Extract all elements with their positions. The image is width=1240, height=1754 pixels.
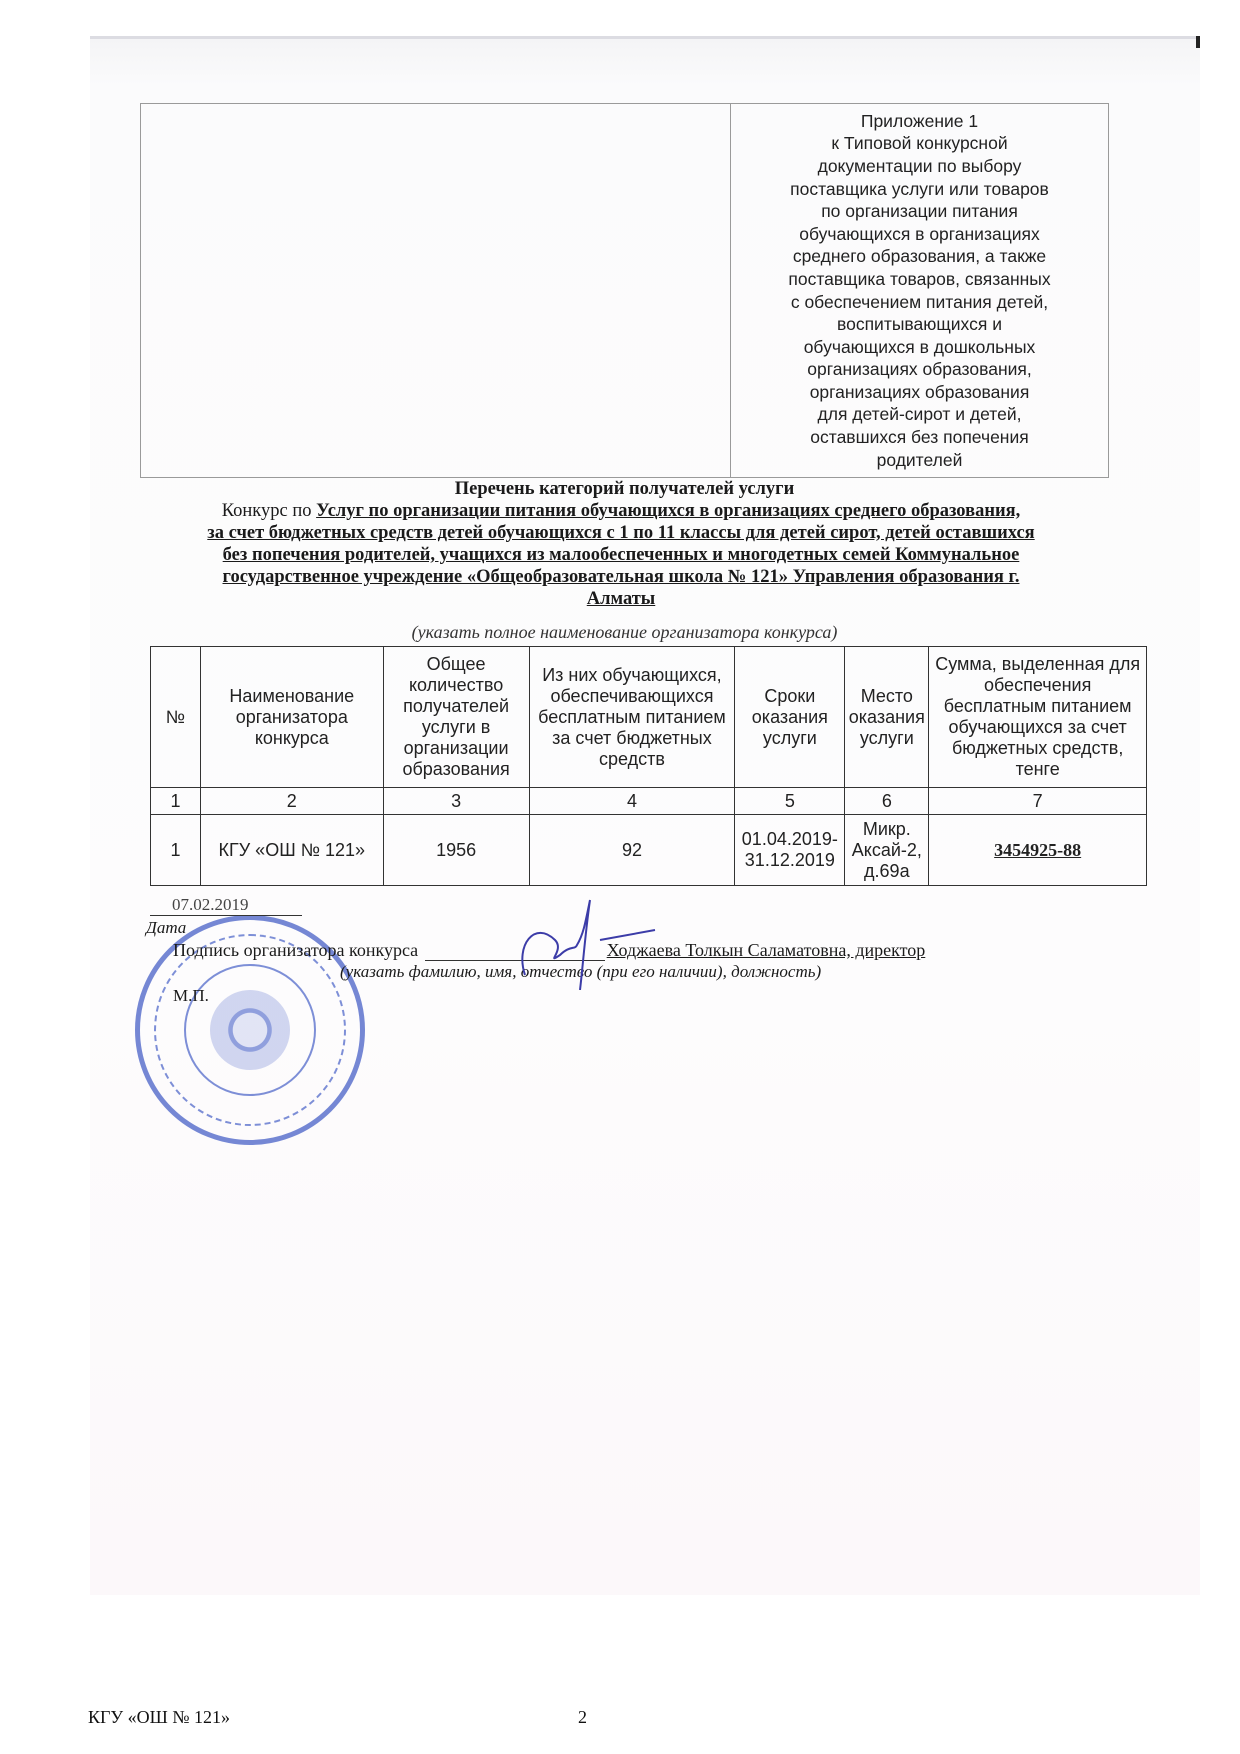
recipients-table: № Наименование организатора конкурса Общ…	[150, 646, 1147, 886]
appendix-line: организациях образования,	[807, 358, 1031, 381]
seal-label: М.П.	[173, 986, 209, 1006]
appendix-line: воспитывающихся и	[837, 313, 1002, 336]
table-row: 1 КГУ «ОШ № 121» 1956 92 01.04.2019-31.1…	[151, 815, 1147, 886]
appendix-line: поставщика товаров, связанных	[788, 268, 1050, 291]
column-number: 1	[151, 788, 201, 815]
cell-free-meal-students: 92	[529, 815, 735, 886]
column-number: 4	[529, 788, 735, 815]
organizer-hint: (указать полное наименование организатор…	[140, 622, 1109, 643]
contest-line: за счет бюджетных средств детей обучающи…	[126, 522, 1116, 544]
cell-period: 01.04.2019-31.12.2019	[735, 815, 845, 886]
page-number: 2	[578, 1707, 587, 1728]
column-number-row: 1 2 3 4 5 6 7	[151, 788, 1147, 815]
cell-amount: 3454925-88	[929, 815, 1147, 886]
appendix-line: к Типовой конкурсной	[831, 132, 1007, 155]
column-number: 5	[735, 788, 845, 815]
amount-value: 3454925-88	[994, 840, 1081, 860]
appendix-text: Приложение 1 к Типовой конкурсной докуме…	[731, 104, 1108, 477]
document-title: Перечень категорий получателей услуги	[140, 479, 1109, 500]
date-value: 07.02.2019	[150, 895, 302, 916]
header-amount: Сумма, выделенная для обеспечения беспла…	[929, 647, 1147, 788]
appendix-line: родителей	[877, 449, 963, 472]
header-total-recipients: Общее количество получателей услуги в ор…	[383, 647, 529, 788]
contest-line: без попечения родителей, учащихся из мал…	[126, 544, 1116, 566]
contest-prefix: Конкурс по	[222, 501, 312, 521]
footer-organization: КГУ «ОШ № 121»	[88, 1707, 230, 1728]
appendix-line: обучающихся в организациях	[799, 223, 1040, 246]
header-number: №	[151, 647, 201, 788]
appendix-line: обучающихся в дошкольных	[804, 336, 1036, 359]
cell-total-recipients: 1956	[383, 815, 529, 886]
appendix-line: Приложение 1	[861, 110, 978, 133]
scan-edge-mark	[1196, 36, 1200, 48]
header-organizer: Наименование организатора конкурса	[200, 647, 383, 788]
appendix-box: Приложение 1 к Типовой конкурсной докуме…	[140, 103, 1109, 478]
appendix-line: среднего образования, а также	[793, 245, 1046, 268]
contest-line: Услуг по организации питания обучающихся…	[316, 501, 1020, 521]
table-header-row: № Наименование организатора конкурса Общ…	[151, 647, 1147, 788]
appendix-line: поставщика услуги или товаров	[790, 178, 1049, 201]
cell-number: 1	[151, 815, 201, 886]
cell-organizer: КГУ «ОШ № 121»	[200, 815, 383, 886]
handwritten-signature-icon	[505, 895, 665, 990]
appendix-line: организациях образования	[810, 381, 1030, 404]
appendix-line: по организации питания	[821, 200, 1018, 223]
appendix-line: оставшихся без попечения	[810, 426, 1028, 449]
appendix-line: документации по выбору	[818, 155, 1022, 178]
cell-place: Микр. Аксай-2, д.69а	[845, 815, 929, 886]
contest-line: Алматы	[126, 588, 1116, 610]
header-period: Сроки оказания услуги	[735, 647, 845, 788]
column-number: 3	[383, 788, 529, 815]
signature-label: Подпись организатора конкурса	[173, 940, 418, 960]
state-emblem-icon	[210, 990, 290, 1070]
appendix-line: для детей-сирот и детей,	[818, 403, 1022, 426]
column-number: 2	[200, 788, 383, 815]
header-place: Место оказания услуги	[845, 647, 929, 788]
appendix-line: с обеспечением питания детей,	[791, 291, 1048, 314]
column-number: 7	[929, 788, 1147, 815]
column-number: 6	[845, 788, 929, 815]
contest-description: Конкурс по Услуг по организации питания …	[126, 500, 1116, 610]
contest-line: государственное учреждение «Общеобразова…	[126, 566, 1116, 588]
date-field: 07.02.2019	[150, 895, 302, 916]
header-free-meal-students: Из них обучающихся, обеспечивающихся бес…	[529, 647, 735, 788]
date-label: Дата	[146, 918, 186, 938]
